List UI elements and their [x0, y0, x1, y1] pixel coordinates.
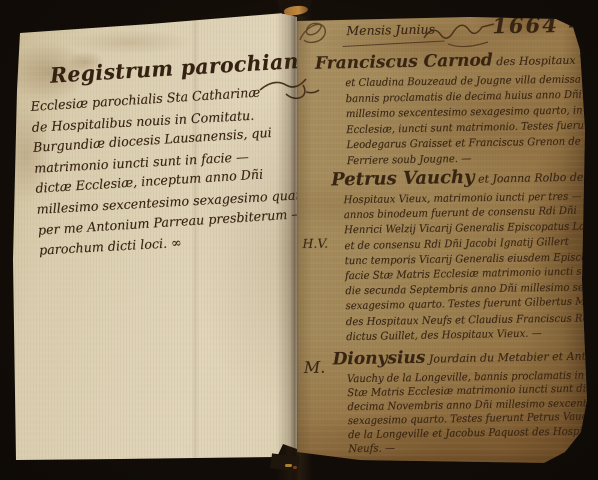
entry-first-line: Petrus Vauchy et Joanna Rolbo des: [303, 164, 595, 191]
groom-name: Franciscus Carnod: [315, 50, 493, 73]
manuscript-line: dictus Guillet, des Hospitaux Vieux. —: [346, 325, 586, 345]
entry-first-line-rest: et Joanna Rolbo des: [474, 170, 589, 185]
entry-body: Vauchy de la Longeville, bannis proclama…: [307, 367, 598, 457]
right-page-text: Mensis Junius 1664 — Franciscus Carnod d…: [300, 10, 598, 466]
entry-body: et Claudina Bouzeaud de Jougne villa dem…: [301, 71, 595, 170]
book-gutter-shadow: [276, 0, 312, 480]
year-heading: 1664 —: [492, 11, 591, 38]
groom-name: Dionysius: [332, 348, 425, 370]
entry-body: Hospitaux Vieux, matrimonio iuncti per t…: [303, 188, 598, 346]
tailband-gold-thread: [285, 464, 292, 467]
marriage-entry: Dionysius Jourdain du Metabier et Antoni…: [306, 344, 598, 457]
tailband-red-thread: [293, 466, 297, 469]
header-underline: [343, 40, 445, 47]
entry-first-line: Dionysius Jourdain du Metabier et Antoni…: [306, 344, 598, 370]
marriage-entry: Petrus Vauchy et Joanna Rolbo des Hospit…: [303, 164, 598, 346]
entry-first-line: Franciscus Carnod des Hospitaux Vieux —: [301, 48, 593, 74]
marriage-entry: Franciscus Carnod des Hospitaux Vieux — …: [301, 48, 595, 170]
left-page-text: Registrum parochianorum Ecclesiæ parochi…: [28, 48, 305, 262]
entry-first-line-rest: Jourdain du Metabier et Antonia —: [425, 349, 598, 366]
entry-first-line-rest: des Hospitaux Vieux —: [493, 53, 598, 69]
groom-name: Petrus Vauchy: [331, 167, 475, 191]
manuscript-photo: Registrum parochianorum Ecclesiæ parochi…: [0, 0, 598, 480]
month-heading: Mensis Junius: [346, 21, 435, 38]
